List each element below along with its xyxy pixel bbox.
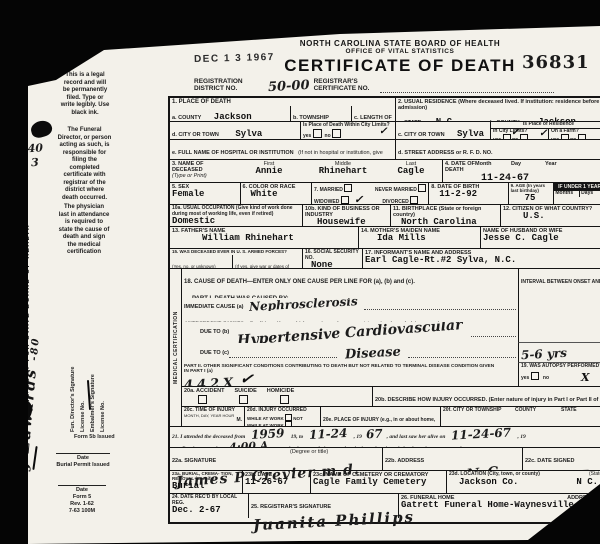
checkbox-city-limits-no [520,134,528,139]
margin-label-license: License No. [100,401,106,432]
pen-stroke [32,446,37,470]
ink-mark [546,7,569,26]
cause-of-death-header: 18. CAUSE OF DEATH—ENTER ONLY ONE CAUSE … [182,269,518,286]
field-age-under-1-year: IF UNDER 1 YEAR Months Days [553,183,600,204]
field-registrar-signature: 25. REGISTRAR'S SIGNATURE Juanita Philli… [248,494,398,518]
field-informant: 17. INFORMANT'S NAME AND ADDRESS Earl Ca… [362,249,600,268]
attended-to-year-value: 67 [366,428,383,441]
residence-state-value: N.C. [436,117,458,121]
date-signed-value: 11-30-67 [529,468,590,470]
field-date-signed: 22c. DATE SIGNED 11-30-67 [522,448,600,470]
field-usual-occupation: 10a. USUAL OCCUPATION (Give kind of work… [170,205,302,226]
medical-certification-band: MEDICAL CERTIFICATION [170,269,182,426]
margin-note-funeral-director: The Funeral Director, or person acting a… [57,127,112,202]
field-hospital-or-institution: e. FULL NAME OF HOSPITAL OR INSTITUTION … [170,140,395,159]
checkbox-death-city-no [332,129,341,138]
last-seen-alive-value: 11-24-67 [451,427,512,442]
field-physician-signature: 22a. SIGNATURE (Degree or title) James P… [170,448,382,470]
handwritten-x: X [581,371,590,384]
field-name-of-deceased: 3. NAME OF DECEASED (Type or Print) Firs… [170,160,442,182]
field-mothers-maiden-name: 14. MOTHER'S MAIDEN NAME Ida Mills [358,227,480,248]
checkbox-death-city-yes [313,129,322,138]
margin-label-director-signature: Fun. Director's Signature [70,367,76,432]
field-age: 9. AGE (In years last birthday) 75 [508,183,554,204]
field-burial-date: 23b. DATE 11-26-67 [242,471,310,493]
field-residence-limits-farm: Is Place of Residence In City Limits? ye… [490,122,600,139]
antecedent-note: ANTECEDENT CAUSES—Conditions, if any, wh… [182,311,518,322]
field-residence-city: c. CITY OR TOWN Sylva [395,122,490,139]
field-cemetery-name: 23c. NAME OF CEMETERY OR CREMATORY Cagle… [310,471,446,493]
residence-county-value: Jackson [538,117,576,121]
checkbox-never-married [418,184,426,192]
field-fathers-name: 13. FATHER'S NAME William Rhinehart [170,227,358,248]
cemetery-location-value: Jackson Co. [459,478,518,488]
field-date-of-death: 4. DATE OF DEATH Month Day Year 11-24-67 [442,160,600,182]
part2-conditions: PART II. OTHER SIGNIFICANT CONDITIONS CO… [182,363,518,386]
sex-value: Female [172,190,238,200]
field-street-address: d. STREET ADDRESS or R. F. D. NO. Route … [395,140,600,159]
handwritten-check: ✓ [539,128,547,139]
interval-header: INTERVAL BETWEEN ONSET AND DEATH [518,269,600,286]
physician-address-value: Sylva N.C [409,465,501,470]
field-marital-status: 7. MARRIED NEVER MARRIED WIDOWED DIVORCE… [311,183,428,204]
field-death-in-city-limits: Is Place of Death Within City Limits? ye… [300,122,395,139]
field-injury-occurred: 20d. INJURY OCCURRED WHILE AT WORK NOT W… [244,407,320,426]
part1-label: PART I. DEATH WAS CAUSED BY: [182,286,518,298]
margin-burial-permit-block: Date Burial Permit Issued [56,452,110,469]
field-time-of-injury: 20c. TIME OF INJURY MONTH, DAY, YEAR HOU… [182,407,244,426]
margin-handwritten-number: 240 [20,142,44,154]
citizenship-value: U.S. [523,212,600,222]
field-sex: 5. SEX Female [170,183,240,204]
checkbox-married [344,184,352,192]
margin-signature-scrawl: Emily Edwards 473 [0,311,16,496]
time-of-death-value: 4:00 A [229,440,269,447]
field-accident-suicide-homicide: 20a. ACCIDENT SUICIDE HOMICIDE [182,387,372,406]
board-name: NORTH CAROLINA STATE BOARD OF HEALTH [240,39,560,48]
attended-to-value: 11-24 [309,427,348,441]
field-injury-city-county-state: 20f. CITY OR TOWNSHIP COUNTY STATE [440,407,600,426]
margin-note-legal: This is a legal record and will be perma… [60,72,110,117]
field-cemetery-location: 23d. LOCATION (City, town, or county) (S… [446,471,600,493]
form-number: Form 5 [58,494,106,501]
handwritten-check: ✓ [239,368,255,386]
fathers-name-value: William Rhinehart [202,234,356,244]
date-received-value: Dec. 2-67 [172,506,246,516]
burial-date-value: 11-26-67 [245,478,308,488]
checkbox-homicide [280,395,289,404]
due-to-c-value: Disease [344,345,400,361]
margin-form5b-issued: Form 5b Issued [74,434,115,440]
field-date-received: 24. DATE REC'D BY LOCAL REG. Dec. 2-67 [170,494,248,518]
field-attendance-statement: 21. I attended the deceased from 1959 19… [170,427,600,447]
checkbox-accident [198,395,207,404]
spouse-name-value: Jesse C. Cagle [483,234,600,244]
margin-form-info-block: Date Form 5 Rev. 1-62 7-63 100M [58,484,106,515]
industry-value: Housewife [317,218,388,226]
funeral-home-value: Gatrett Funeral Home-Waynesville,N.C. [401,501,600,511]
burial-permit-label: Burial Permit Issued [56,462,110,469]
informant-value: Earl Cagle-Rt.#2 Sylva, N.C. [365,256,600,266]
date-label: Date [56,455,110,462]
residence-city-value: Sylva [457,129,484,139]
field-social-security: 16. SOCIAL SECURITY NO. None [302,249,362,268]
age-value: 75 [525,194,552,204]
form-revision: Rev. 1-62 [58,501,106,508]
mothers-name-value: Ida Mills [377,234,478,244]
margin-label-license: License No. [80,401,86,432]
field-color-or-race: 6. COLOR OR RACE White [240,183,312,204]
margin-note-physician: The physician last in attendance is requ… [58,204,110,257]
field-armed-forces: 15. WAS DECEASED EVER IN U. S. ARMED FOR… [170,249,302,268]
immediate-cause-line: IMMEDIATE CAUSE (a) Nephrosclerosis [182,298,518,311]
date-of-death-value: 11-24-67 [481,173,600,182]
handwritten-check: ✓ [379,126,387,137]
field-husband-or-wife: NAME OF HUSBAND OR WIFE Jesse C. Cagle [480,227,600,248]
checkbox-suicide [239,395,248,404]
header-title-block: NORTH CAROLINA STATE BOARD OF HEALTH OFF… [240,39,560,76]
middle-name-value: Rhinehart [304,167,382,177]
registrar-certificate-label: REGISTRAR'S CERTIFICATE NO. [314,78,380,93]
field-place-of-injury: 20e. PLACE OF INJURY (e.g., in or about … [320,407,440,426]
interval-value: 5-6 yrs [521,347,567,361]
checkbox-while-at-work [285,414,292,421]
race-value: White [251,190,310,200]
field-date-of-birth: 8. DATE OF BIRTH 11-2-92 [428,183,507,204]
medical-certification-block: MEDICAL CERTIFICATION 18. CAUSE OF DEATH… [170,269,600,427]
date-label: Date [58,487,106,494]
cemetery-state-value: N C. [576,478,598,488]
field-autopsy: 19. WAS AUTOPSY PERFORMED? yes no X [518,363,600,386]
checkbox-farm-yes [561,134,569,139]
last-name-value: Cagle [382,167,440,177]
field-business-industry: 10b. KIND OF BUSINESS OR INDUSTRY Housew… [302,205,390,226]
due-to-c-line: DUE TO (c) Disease [182,343,518,363]
scanned-certificate-sheet: This is a legal record and will be perma… [0,0,600,544]
immediate-cause-value: Nephrosclerosis [249,298,358,311]
margin-signature-scrawl: Emily Edwards -80 [9,336,43,518]
checkbox-city-limits-yes [503,134,511,139]
due-to-b-value: Hypertensive Cardiovascular [237,322,463,343]
field-citizenship: 12. CITIZEN OF WHAT COUNTRY? U.S. [500,205,600,226]
cemetery-name-value: Cagle Family Cemetery [313,478,444,488]
field-birthplace: 11. BIRTHPLACE (State or foreign country… [390,205,500,226]
birthplace-value: North Carolina [401,218,498,226]
checkbox-divorced [410,196,418,204]
field-usual-residence: 2. USUAL RESIDENCE (Where deceased lived… [395,98,600,121]
margin-handwritten-number: 3 [31,157,39,168]
field-physician-address: 22b. ADDRESS Sylva N.C [382,448,522,470]
office-name: OFFICE OF VITAL STATISTICS [240,48,560,55]
field-city-of-death: d. CITY OR TOWN Sylva [170,122,300,139]
date-of-birth-value: 11-2-92 [439,190,505,200]
serial-number: 36831 [522,52,590,73]
registration-district-value: 50-00 [268,79,310,94]
field-burial-type: 23a. BURIAL, CREMA- TION, REMOVAL (Speci… [170,471,242,493]
margin-label-embalmer-signature: Embalmer's Signature [90,374,96,432]
registration-district-label: REGISTRATION DISTRICT NO. [194,78,264,93]
blank-line [380,84,554,93]
registration-line: REGISTRATION DISTRICT NO. 50-00 REGISTRA… [194,78,554,93]
checkbox-farm-no [578,134,586,139]
ssn-value: None [311,261,360,268]
occupation-value: Domestic [172,217,300,226]
city-of-death-value: Sylva [235,129,262,139]
handwritten-check: ✓ [511,127,519,138]
certificate-title: CERTIFICATE OF DEATH [240,56,560,76]
field-place-of-death: 1. PLACE OF DEATH a. COUNTY Jackson b. T… [170,98,395,121]
checkbox-widowed [341,196,349,204]
first-name-value: Annie [234,167,304,177]
interval-cell: 5-6 yrs [518,343,600,363]
form-print-run: 7-63 100M [58,508,106,515]
ink-blot [29,119,53,140]
field-describe-injury: 20b. DESCRIBE HOW INJURY OCCURRED. (Ente… [372,387,600,406]
checkbox-not-while-at-work [285,421,292,426]
checkbox-autopsy-yes [531,372,539,380]
due-to-b-line: DUE TO (b) Hypertensive Cardiovascular [182,322,518,343]
registrar-signature-value: Juanita Phillips [253,510,416,533]
death-certificate-form: 1. PLACE OF DEATH a. COUNTY Jackson b. T… [168,96,600,524]
burial-type-value: Burial [172,482,240,492]
handwritten-check: ✓ [354,193,363,204]
county-of-death-value: Jackson [214,112,252,121]
field-funeral-home: 26. FUNERAL HOME ADDRESS Gatrett Funeral… [398,494,600,518]
part2-value: 442X [184,376,238,386]
